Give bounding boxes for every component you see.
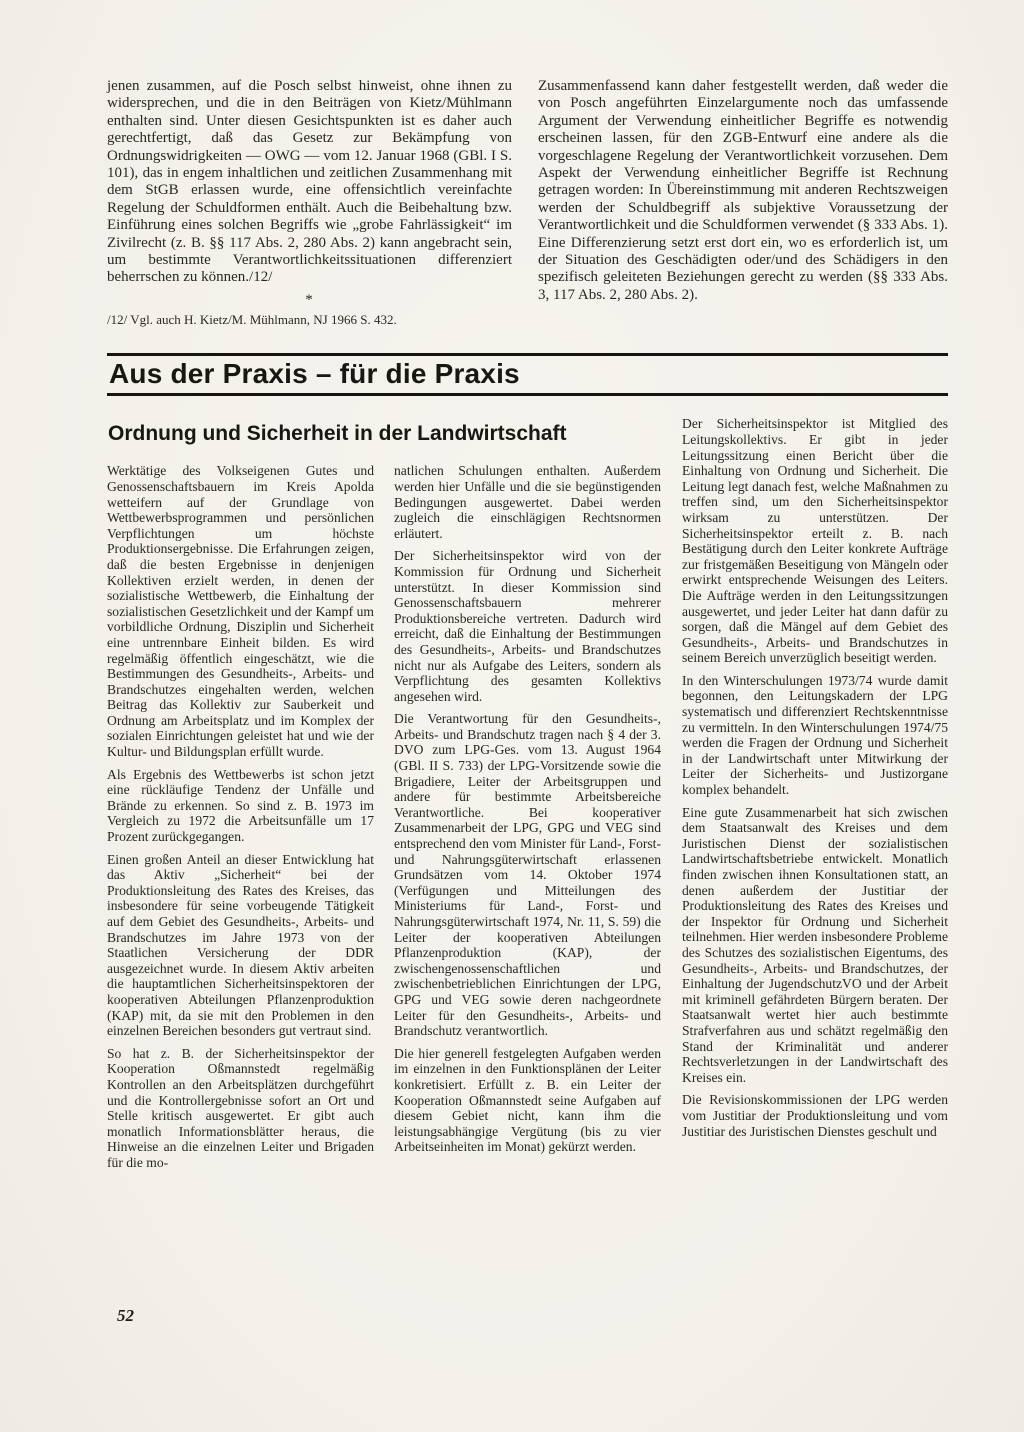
article-column-2: natlichen Schulungen enthalten. Außerdem… xyxy=(394,463,661,1177)
paragraph: Die hier generell festgelegten Aufgaben … xyxy=(394,1046,661,1155)
banner-rule-bottom xyxy=(107,393,948,396)
paragraph: jenen zusammen, auf die Posch selbst hin… xyxy=(107,78,512,287)
paragraph: So hat z. B. der Sicherheitsinspektor de… xyxy=(107,1046,374,1171)
paragraph: Der Sicherheitsinspektor wird von der Ko… xyxy=(394,548,661,704)
paragraph: natlichen Schulungen enthalten. Außerdem… xyxy=(394,463,661,541)
paragraph: Einen großen Anteil an dieser Entwicklun… xyxy=(107,852,374,1039)
paragraph: Zusammenfassend kann daher festgestellt … xyxy=(538,78,948,304)
section-banner: Aus der Praxis – für die Praxis xyxy=(107,353,948,396)
article-columns: Werktätige des Volkseigenen Gutes und Ge… xyxy=(107,463,661,1177)
article-column-1: Werktätige des Volkseigenen Gutes und Ge… xyxy=(107,463,374,1177)
paragraph: Der Sicherheitsinspektor ist Mitglied de… xyxy=(682,416,948,666)
article-column-3: Der Sicherheitsinspektor ist Mitglied de… xyxy=(682,416,948,1177)
section-banner-title: Aus der Praxis – für die Praxis xyxy=(109,359,948,389)
article-main: Ordnung und Sicherheit in der Landwirtsc… xyxy=(107,416,661,1177)
article: Ordnung und Sicherheit in der Landwirtsc… xyxy=(107,416,948,1177)
top-left-column: jenen zusammen, auf die Posch selbst hin… xyxy=(107,78,512,327)
paragraph: Die Verantwortung für den Gesundheits-, … xyxy=(394,711,661,1038)
footnote: /12/ Vgl. auch H. Kietz/M. Mühlmann, NJ … xyxy=(107,312,512,328)
top-right-column: Zusammenfassend kann daher festgestellt … xyxy=(538,78,948,327)
top-continuation-section: jenen zusammen, auf die Posch selbst hin… xyxy=(107,78,948,327)
article-title: Ordnung und Sicherheit in der Landwirtsc… xyxy=(108,422,661,446)
paragraph: In den Winterschulungen 1973/74 wurde da… xyxy=(682,673,948,798)
banner-rule-top xyxy=(107,353,948,356)
paragraph: Eine gute Zusammenarbeit hat sich zwisch… xyxy=(682,805,948,1086)
footnote-separator-asterisk: * xyxy=(107,293,512,308)
paragraph: Als Ergebnis des Wettbewerbs ist schon j… xyxy=(107,767,374,845)
paragraph: Die Revisionskommissionen der LPG werden… xyxy=(682,1092,948,1139)
paragraph: Werktätige des Volkseigenen Gutes und Ge… xyxy=(107,463,374,759)
journal-page: jenen zusammen, auf die Posch selbst hin… xyxy=(0,0,1024,1432)
page-number: 52 xyxy=(117,1306,134,1326)
